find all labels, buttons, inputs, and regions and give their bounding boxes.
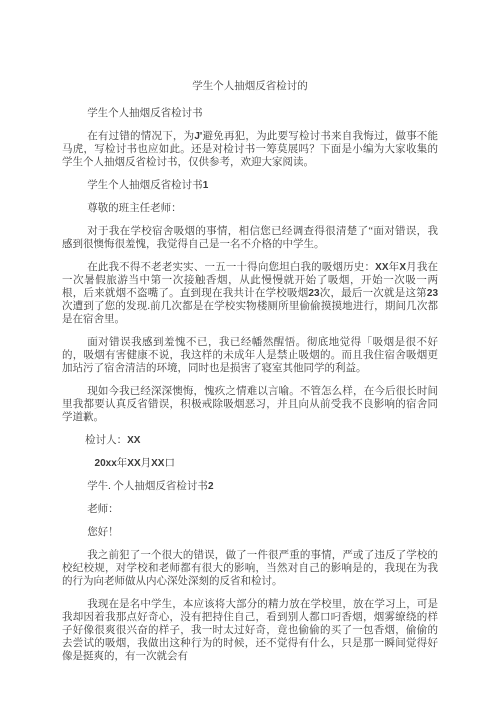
text-run: 在有过错的情况下，为 xyxy=(87,131,194,142)
text-run-bold: 1 xyxy=(203,180,209,191)
document-page: 学生个人抽烟反省检讨的学生个人抽烟反省检讨书在有过错的情况下，为J'避免再犯，为… xyxy=(0,0,500,707)
text-run: 学牛. 个人抽烟反省检讨书 xyxy=(87,481,208,492)
paragraph: 学生个人抽烟反省检讨书 xyxy=(62,107,438,120)
doc-title: 学生个人抽烟反省检讨的 xyxy=(62,80,438,93)
text-run-bold: XX xyxy=(375,262,388,273)
text-run: 口 xyxy=(164,458,175,469)
paragraph: 在有过错的情况下，为J'避免再犯，为此要写检讨书来自我悔过，做事不能马虎，写检讨… xyxy=(62,130,438,169)
paragraph: 在此我不得不老老实实、一五一十得向您坦白我的吸烟历史：XX年X月我在一次暑假旅游… xyxy=(62,261,438,326)
paragraph: 您好！ xyxy=(62,526,438,539)
text-run-bold: XX xyxy=(127,458,140,469)
text-run-bold: 23 xyxy=(427,288,438,299)
text-run: 老师： xyxy=(87,504,119,515)
paragraph: 面对错误我感到羞愧不已，我已经幡然醒悟。彻底地觉得「吸烟是很不好的，吸烟有害健康… xyxy=(62,336,438,375)
text-run: 次，最后一次就是这第 xyxy=(320,288,427,299)
text-run-bold: X xyxy=(399,262,406,273)
text-run-bold: 20xx xyxy=(95,458,117,469)
text-run-bold: 2 xyxy=(208,481,214,492)
paragraph: 20xx年XX月XX口 xyxy=(62,457,438,470)
text-run: 面对错误我感到羞愧不已，我已经幡然醒悟。彻底地觉得「吸烟是很不好的，吸烟有害健康… xyxy=(62,337,438,374)
text-run: 我之前犯了一个很大的错误，做了一件很严重的事情，严或了违反了学校的校纪校规，对学… xyxy=(62,550,438,587)
paragraph: 老师： xyxy=(62,503,438,516)
text-run: 次遭到了您的发现.前几次都是在学校实物楼厕所里偷偷摸摸地进行，期间几次都是在宿舍… xyxy=(62,301,438,325)
text-run: 学生个人抽烟反省检讨书 xyxy=(87,108,203,119)
paragraph: 对于我在学校宿舍吸烟的事情，相信您已经调查得很清楚了“面对错误，我感到很懊悔很羞… xyxy=(62,225,438,251)
text-run: 月 xyxy=(141,458,152,469)
text-run: 检讨人： xyxy=(85,435,127,446)
text-run: 年 xyxy=(117,458,128,469)
paragraph: 学牛. 个人抽烟反省检讨书2 xyxy=(62,480,438,493)
text-run: 对于我在学校宿舍吸烟的事情，相信您已经调查得很清楚了“面对错误，我感到很懊悔很羞… xyxy=(62,226,438,250)
text-run-bold: XX xyxy=(127,435,140,446)
paragraph: 我现在是名中学生，本应该将大部分的精力放在学校里，放在学习上，可是我却因着我那点… xyxy=(62,598,438,663)
document-body: 学生个人抽烟反省检讨的学生个人抽烟反省检讨书在有过错的情况下，为J'避免再犯，为… xyxy=(62,80,438,663)
text-run-bold: 23 xyxy=(308,288,319,299)
text-run: 学生个人抽烟反省检讨的 xyxy=(192,81,308,92)
text-run: 尊敬的班主任老师： xyxy=(87,203,182,214)
text-run: 现如今我已经深深懊悔，愧疚之情难以言喻。不管怎么样，在今后很长时间里我都要认真反… xyxy=(62,386,438,423)
text-run-bold: XX xyxy=(151,458,164,469)
paragraph: 我之前犯了一个很大的错误，做了一件很严重的事情，严或了违反了学校的校纪校规，对学… xyxy=(62,549,438,588)
text-run: 学生个人抽烟反省检讨书 xyxy=(87,180,203,191)
paragraph: 检讨人：XX xyxy=(62,434,438,447)
text-run: 我现在是名中学生，本应该将大部分的精力放在学校里，放在学习上，可是我却因着我那点… xyxy=(62,599,438,662)
paragraph: 现如今我已经深深懊悔，愧疚之情难以言喻。不管怎么样，在今后很长时间里我都要认真反… xyxy=(62,385,438,424)
text-run: 年 xyxy=(389,262,400,273)
text-run: 在此我不得不老老实实、一五一十得向您坦白我的吸烟历史： xyxy=(87,262,375,273)
text-run: 您好！ xyxy=(87,527,119,538)
paragraph: 学生个人抽烟反省检讨书1 xyxy=(62,179,438,192)
paragraph: 尊敬的班主任老师： xyxy=(62,202,438,215)
